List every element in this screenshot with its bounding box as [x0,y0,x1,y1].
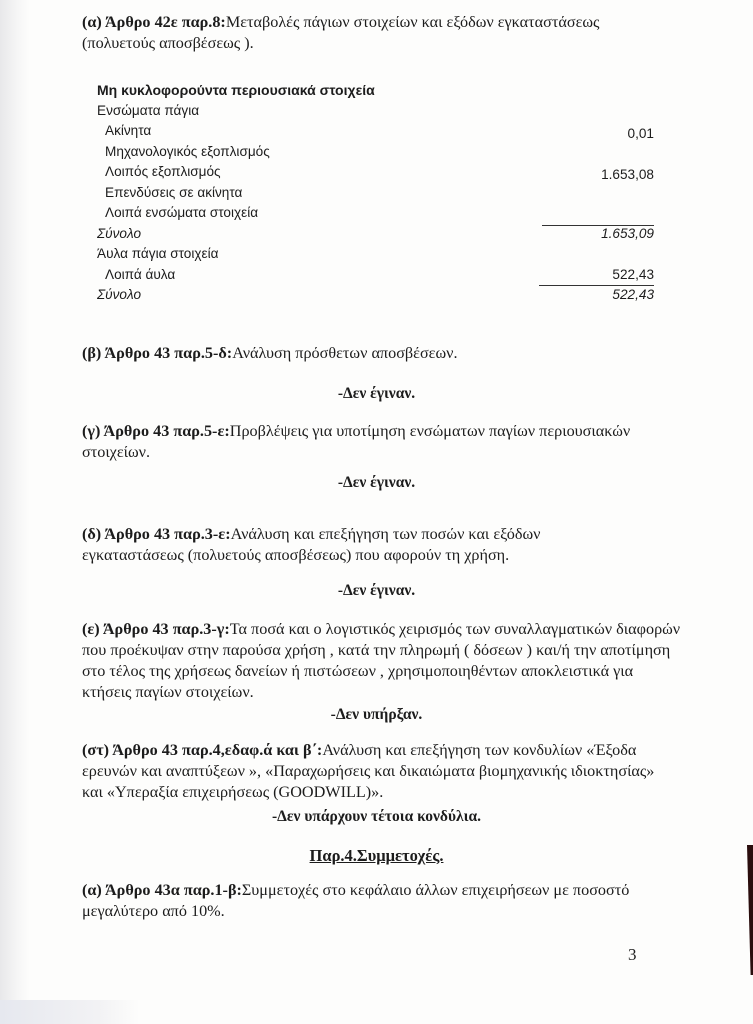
total-row: Σύνολο 522,43 [97,285,662,306]
section-label: (δ) Άρθρο 43 παρ.3-ε: [82,525,231,543]
document-page: (α) Άρθρο 42ε παρ.8:Μεταβολές πάγιων στο… [0,0,753,1024]
section-note: -Δεν υπήρξαν. [0,706,753,724]
table-title-row: Μη κυκλοφορούντα περιουσιακά στοιχεία [97,80,662,101]
section-label: (στ) Άρθρο 43 παρ.4,εδαφ.ά και β΄: [82,741,322,759]
section-label: (γ) Άρθρο 43 παρ.5-ε: [82,422,230,440]
section-note: -Δεν έγιναν. [0,474,753,492]
section-participations: (α) Άρθρο 43α παρ.1-β:Συμμετοχές στο κεφ… [82,880,642,922]
page-number: 3 [628,945,637,965]
section-d-43-3e: (δ) Άρθρο 43 παρ.3-ε:Ανάλυση και επεξήγη… [82,524,622,566]
subheading-participations: Παρ.4.Συμμετοχές. [0,846,753,866]
table-row: Μηχανολογικός εξοπλισμός [97,142,662,163]
section-note: -Δεν υπάρχουν τέτοια κονδύλια. [0,808,753,826]
table-row: Λοιπός εξοπλισμός 1.653,08 [97,162,662,183]
section-e-43-3g: (ε) Άρθρο 43 παρ.3-γ:Τα ποσά και ο λογισ… [82,619,682,703]
item-label: Μηχανολογικός εξοπλισμός [105,142,270,163]
group-name: Άυλα πάγια στοιχεία [97,244,218,265]
item-label: Ακίνητα [105,121,151,142]
section-label: (β) Άρθρο 43 παρ.5-δ: [82,344,232,362]
section-text: Ανάλυση πρόσθετων αποσβέσεων. [232,344,457,362]
total-label: Σύνολο [97,285,141,306]
group-header-row: Ενσώματα πάγια [97,101,662,122]
table-title: Μη κυκλοφορούντα περιουσιακά στοιχεία [97,80,375,101]
group-name: Ενσώματα πάγια [97,101,199,122]
section-b-43-5d: (β) Άρθρο 43 παρ.5-δ:Ανάλυση πρόσθετων α… [82,343,662,364]
item-label: Επενδύσεις σε ακίνητα [105,183,242,204]
page-shadow-left [0,0,30,1024]
total-value: 1.653,09 [601,224,654,245]
section-st-43-4: (στ) Άρθρο 43 παρ.4,εδαφ.ά και β΄:Ανάλυσ… [82,740,662,803]
item-value: 522,43 [612,265,654,286]
item-label: Λοιπά άυλα [105,265,175,286]
table-row: Ακίνητα 0,01 [97,121,662,142]
item-label: Λοιπός εξοπλισμός [105,162,221,183]
item-label: Λοιπά ενσώματα στοιχεία [105,203,258,224]
table-row: Λοιπά ενσώματα στοιχεία [97,203,662,224]
group-header-row: Άυλα πάγια στοιχεία [97,244,662,265]
section-a-42e: (α) Άρθρο 42ε παρ.8:Μεταβολές πάγιων στο… [82,12,662,54]
total-row: Σύνολο 1.653,09 [97,224,662,245]
scan-smudge [0,1000,140,1024]
section-label: (ε) Άρθρο 43 παρ.3-γ: [82,620,230,638]
section-note: -Δεν έγιναν. [0,582,753,600]
total-label: Σύνολο [97,224,141,245]
section-label: (α) Άρθρο 42ε παρ.8: [82,13,226,31]
fixed-assets-table: Μη κυκλοφορούντα περιουσιακά στοιχεία Εν… [97,80,662,306]
section-g-43-5e: (γ) Άρθρο 43 παρ.5-ε:Προβλέψεις για υποτ… [82,421,662,463]
table-row: Λοιπά άυλα 522,43 [97,265,662,286]
section-note: -Δεν έγιναν. [0,385,753,403]
section-label: (α) Άρθρο 43α παρ.1-β: [82,881,242,899]
total-value: 522,43 [612,285,654,306]
table-row: Επενδύσεις σε ακίνητα [97,183,662,204]
